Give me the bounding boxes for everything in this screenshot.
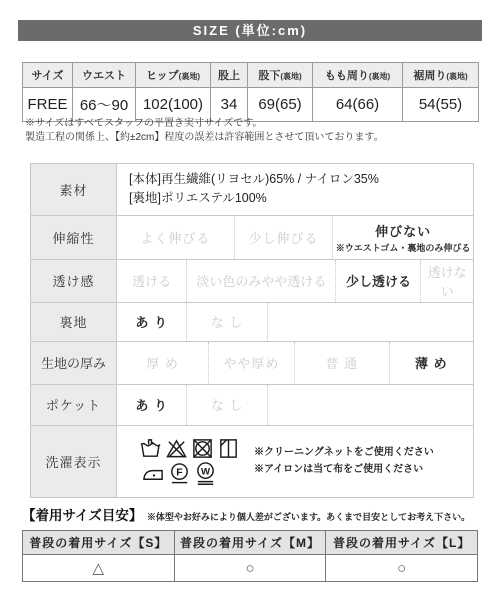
thickness-option-thick: 厚 め [117, 342, 208, 384]
col-waist: ウエスト [73, 63, 136, 88]
stretch-selected-text: 伸びない [375, 221, 431, 240]
svg-text:W: W [201, 467, 211, 478]
fit-guide-heading: 【着用サイズ目安】 ※体型やお好みにより個人差がございます。あくまで目安としてお… [22, 504, 470, 525]
value-hem: 54(55) [403, 88, 479, 122]
size-notes: ※サイズはすべてスタッフの平置き実寸サイズです。 製造工程の関係上、【約±2cm… [25, 117, 384, 144]
thickness-option-normal: 普 通 [294, 342, 389, 384]
size-note-line2: 製造工程の関係上、【約±2cm】程度の誤差は許容範囲とさせて頂いております。 [25, 131, 384, 145]
care-notes: ※クリーニングネットをご使用ください ※アイロンは当て布をご使用ください [254, 444, 434, 478]
spec-row-material: 素材 [本体]再生繊維(リヨセル)65% / ナイロン35% [裏地]ポリエステ… [31, 164, 473, 215]
sheer-option-sheer: 透ける [117, 260, 186, 302]
col-inseam: 股下(裏地) [248, 63, 313, 88]
thickness-option-somewhat-thick: やや厚め [208, 342, 294, 384]
sheer-option-light-colors: 淡い色のみやや透ける [186, 260, 335, 302]
care-note-net: ※クリーニングネットをご使用ください [254, 444, 434, 461]
spec-row-stretch: 伸縮性 よく伸びる 少し伸びる 伸びない ※ウエストゴム・裏地のみ伸びる [31, 215, 473, 259]
size-section-header: SIZE (単位:cm) [18, 20, 482, 41]
col-hip: ヒップ(裏地) [136, 63, 211, 88]
hand-wash-icon [139, 437, 162, 460]
lining-label: 裏地 [31, 303, 117, 341]
fit-value-m: ○ [174, 555, 326, 582]
pocket-label: ポケット [31, 385, 117, 425]
size-info-page: SIZE (単位:cm) サイズ ウエスト ヒップ(裏地) 股上 股下(裏地) … [0, 0, 500, 600]
spec-row-lining: 裏地 あ り な し [31, 302, 473, 341]
fit-guide-title: 【着用サイズ目安】 [22, 508, 142, 523]
material-label: 素材 [31, 164, 117, 215]
size-measurements-table: サイズ ウエスト ヒップ(裏地) 股上 股下(裏地) もも周り(裏地) 裾周り(… [22, 62, 479, 122]
spec-row-thickness: 生地の厚み 厚 め やや厚め 普 通 薄 め [31, 341, 473, 384]
do-not-bleach-icon [165, 437, 188, 460]
sheerness-label: 透け感 [31, 260, 117, 302]
col-rise: 股上 [211, 63, 248, 88]
line-dry-icon [217, 437, 240, 460]
thickness-label: 生地の厚み [31, 342, 117, 384]
stretch-note: ※ウエストゴム・裏地のみ伸びる [336, 241, 471, 254]
spec-row-pocket: ポケット あ り な し [31, 384, 473, 425]
pocket-option-yes-selected: あ り [117, 385, 186, 425]
size-table-header-row: サイズ ウエスト ヒップ(裏地) 股上 股下(裏地) もも周り(裏地) 裾周り(… [23, 63, 479, 88]
stretch-option-some: 少し伸びる [234, 216, 332, 259]
lining-option-empty [267, 303, 473, 341]
iron-icon [141, 462, 165, 485]
fit-guide-table: 普段の着用サイズ【S】 普段の着用サイズ【M】 普段の着用サイズ【L】 △ ○ … [22, 530, 478, 582]
stretch-option-none-selected: 伸びない ※ウエストゴム・裏地のみ伸びる [332, 216, 473, 259]
stretch-label: 伸縮性 [31, 216, 117, 259]
fit-col-l: 普段の着用サイズ【L】 [326, 531, 478, 555]
fit-table-value-row: △ ○ ○ [23, 555, 478, 582]
pocket-option-no: な し [186, 385, 266, 425]
fit-col-s: 普段の着用サイズ【S】 [23, 531, 175, 555]
spec-table: 素材 [本体]再生繊維(リヨセル)65% / ナイロン35% [裏地]ポリエステ… [30, 163, 474, 498]
material-line-lining: [裏地]ポリエステル100% [129, 189, 379, 208]
sheer-option-opaque: 透けない [420, 260, 473, 302]
care-label: 洗濯表示 [31, 426, 117, 497]
lining-option-yes-selected: あ り [117, 303, 186, 341]
col-size: サイズ [23, 63, 73, 88]
material-value: [本体]再生繊維(リヨセル)65% / ナイロン35% [裏地]ポリエステル10… [117, 164, 379, 215]
lining-option-no: な し [186, 303, 266, 341]
pocket-option-empty [267, 385, 473, 425]
spec-row-sheerness: 透け感 透ける 淡い色のみやや透ける 少し透ける 透けない [31, 259, 473, 302]
care-icons: F W [139, 437, 240, 485]
material-line-main: [本体]再生繊維(リヨセル)65% / ナイロン35% [129, 170, 379, 189]
svg-text:F: F [176, 467, 183, 479]
dry-clean-f-icon: F [168, 462, 191, 485]
fit-table-header-row: 普段の着用サイズ【S】 普段の着用サイズ【M】 普段の着用サイズ【L】 [23, 531, 478, 555]
stretch-option-high: よく伸びる [117, 216, 234, 259]
fit-guide-note: ※体型やお好みにより個人差がございます。あくまで目安としてお考え下さい。 [147, 512, 470, 522]
wet-clean-w-icon: W [194, 462, 217, 485]
do-not-tumble-dry-icon [191, 437, 214, 460]
fit-value-s: △ [23, 555, 175, 582]
fit-value-l: ○ [326, 555, 478, 582]
spec-row-care: 洗濯表示 [31, 425, 473, 497]
col-thigh: もも周り(裏地) [313, 63, 403, 88]
care-note-iron: ※アイロンは当て布をご使用ください [254, 461, 434, 478]
sheer-option-slightly-selected: 少し透ける [335, 260, 420, 302]
col-hem: 裾周り(裏地) [403, 63, 479, 88]
size-note-line1: ※サイズはすべてスタッフの平置き実寸サイズです。 [25, 117, 384, 131]
thickness-option-thin-selected: 薄 め [389, 342, 473, 384]
fit-col-m: 普段の着用サイズ【M】 [174, 531, 326, 555]
